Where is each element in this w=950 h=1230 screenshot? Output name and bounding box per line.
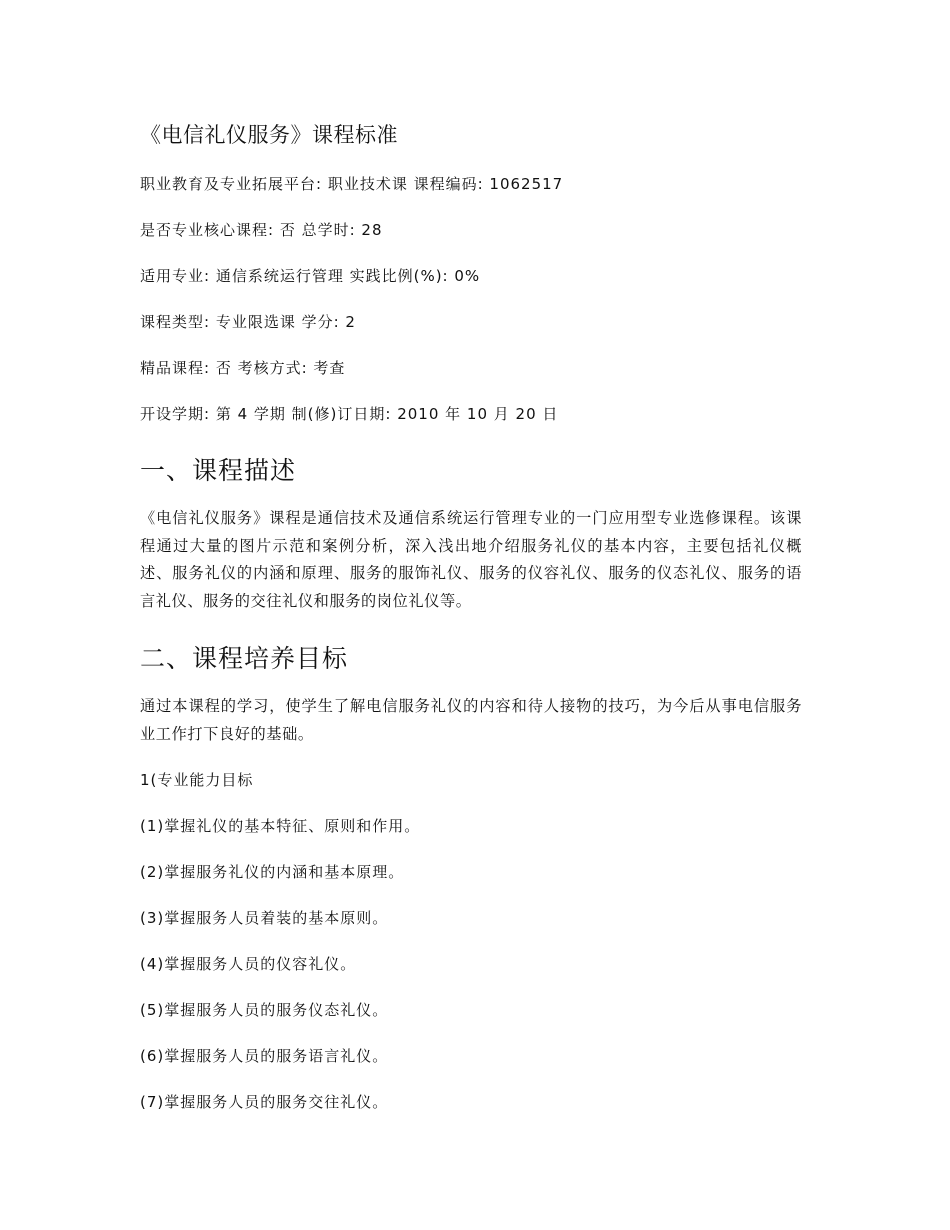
list-item: (3)掌握服务人员着装的基本原则。 (140, 907, 388, 928)
list-item: (7)掌握服务人员的服务交往礼仪。 (140, 1091, 388, 1112)
subheading-professional-ability: 1(专业能力目标 (140, 769, 253, 790)
document-title: 《电信礼仪服务》课程标准 (140, 119, 398, 149)
list-item: (5)掌握服务人员的服务仪态礼仪。 (140, 999, 388, 1020)
list-item: (6)掌握服务人员的服务语言礼仪。 (140, 1045, 388, 1066)
section-paragraph-objectives: 通过本课程的学习，使学生了解电信服务礼仪的内容和待人接物的技巧，为今后从事电信服… (140, 693, 802, 748)
meta-platform-code: 职业教育及专业拓展平台: 职业技术课 课程编码: 1062517 (140, 173, 563, 194)
section-paragraph-description: 《电信礼仪服务》课程是通信技术及通信系统运行管理专业的一门应用型专业选修课程。该… (140, 505, 802, 615)
list-item: (2)掌握服务礼仪的内涵和基本原理。 (140, 861, 404, 882)
meta-core-hours: 是否专业核心课程: 否 总学时: 28 (140, 219, 383, 240)
meta-type-credit: 课程类型: 专业限选课 学分: 2 (140, 311, 356, 332)
section-heading-description: 一、课程描述 (140, 451, 296, 487)
list-item: (1)掌握礼仪的基本特征、原则和作用。 (140, 815, 420, 836)
meta-quality-assessment: 精品课程: 否 考核方式: 考查 (140, 357, 345, 378)
section-heading-objectives: 二、课程培养目标 (140, 639, 348, 675)
meta-major-practice: 适用专业: 通信系统运行管理 实践比例(%): 0% (140, 265, 480, 286)
list-item: (4)掌握服务人员的仪容礼仪。 (140, 953, 356, 974)
meta-semester-date: 开设学期: 第 4 学期 制(修)订日期: 2010 年 10 月 20 日 (140, 403, 558, 424)
